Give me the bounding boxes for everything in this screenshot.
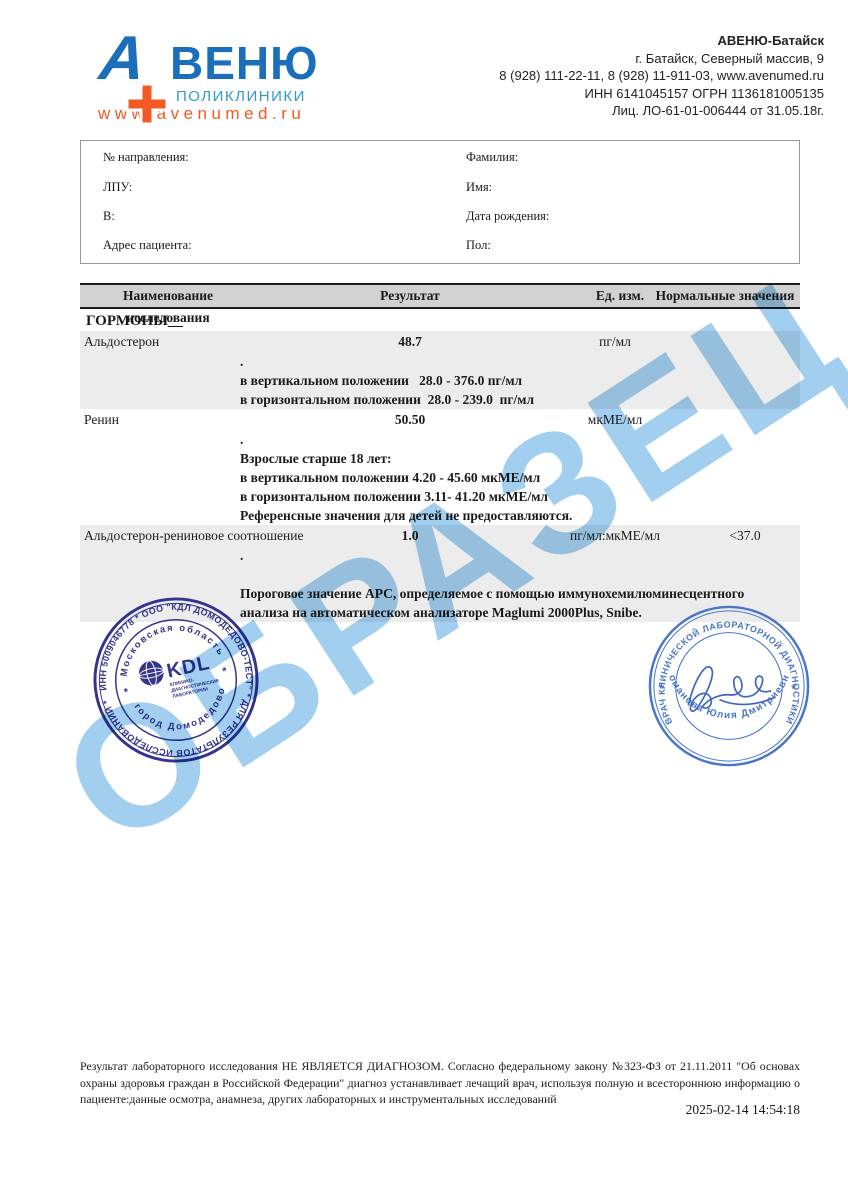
field-direction-number: № направления:: [103, 150, 189, 165]
svg-text:ВРАЧ КЛИНИЧЕСКОЙ ЛАБОРАТОРНОЙ: ВРАЧ КЛИНИЧЕСКОЙ ЛАБОРАТОРНОЙ ДИАГНОСТИК…: [657, 619, 802, 726]
kdl-asterisk-right: *: [222, 665, 229, 678]
clinic-phones: 8 (928) 111-22-11, 8 (928) 11-911-03, ww…: [384, 67, 824, 85]
lab-report-page: А ВЕНЮ ПОЛИКЛИНИКИ www.avenumed.ru АВЕНЮ…: [0, 0, 848, 1200]
reference-note: в вертикальном положении 4.20 - 45.60 мк…: [80, 468, 800, 487]
patient-info-box: № направления: ЛПУ: В: Адрес пациента: Ф…: [80, 140, 800, 264]
field-v: В:: [103, 209, 115, 224]
test-block-aldosterone: Альдостерон 48.7 пг/мл . в вертикальном …: [80, 331, 800, 409]
field-patient-address: Адрес пациента:: [103, 238, 192, 253]
kdl-asterisk-left: *: [123, 686, 130, 699]
report-timestamp: 2025-02-14 14:54:18: [686, 1102, 800, 1118]
reference-note: [80, 565, 800, 584]
reference-note: в горизонтальном положении 3.11- 41.20 м…: [80, 487, 800, 506]
clinic-info: АВЕНЮ-Батайск г. Батайск, Северный масси…: [384, 32, 824, 120]
doctor-asterisk-right: *: [791, 681, 796, 696]
reference-note: .: [80, 546, 800, 565]
table-row: Альдостерон-рениновое соотношение 1.0 пг…: [80, 525, 800, 546]
clinic-address: г. Батайск, Северный массив, 9: [384, 50, 824, 68]
logo-wordmark: ВЕНЮ: [170, 40, 319, 86]
test-unit: пг/мл: [540, 331, 690, 352]
logo-subtitle: ПОЛИКЛИНИКИ: [176, 88, 306, 105]
test-block-renin: Ренин 50.50 мкМЕ/мл . Взрослые старше 18…: [80, 409, 800, 525]
kdl-lab-stamp: ИНН 5009046778 * ООО "КДЛ ДОМОДЕДОВО-ТЕС…: [76, 580, 275, 779]
doctor-asterisk-left: *: [659, 681, 664, 696]
reference-note: .: [80, 430, 800, 449]
clinic-inn-ogrn: ИНН 6141045157 ОГРН 1136181005135: [384, 85, 824, 103]
test-result: 1.0: [330, 525, 490, 546]
results-table: Наименование исследования Результат Ед. …: [80, 283, 800, 622]
footer-disclaimer: Результат лабораторного исследования НЕ …: [80, 1058, 800, 1108]
field-firstname: Имя:: [466, 180, 492, 195]
test-unit: пг/мл:мкМЕ/мл: [540, 525, 690, 546]
test-result: 48.7: [330, 331, 490, 352]
field-surname: Фамилия:: [466, 150, 518, 165]
test-name: Альдостерон: [84, 331, 159, 352]
clinic-name: АВЕНЮ-Батайск: [384, 32, 824, 50]
clinic-license: Лиц. ЛО-61-01-006444 от 31.05.18г.: [384, 102, 824, 120]
test-result: 50.50: [330, 409, 490, 430]
field-sex: Пол:: [466, 238, 491, 253]
field-lpu: ЛПУ:: [103, 180, 132, 195]
table-row: Альдостерон 48.7 пг/мл: [80, 331, 800, 352]
plus-cross-icon: [125, 82, 169, 126]
doctor-stamp: ВРАЧ КЛИНИЧЕСКОЙ ЛАБОРАТОРНОЙ ДИАГНОСТИК…: [645, 602, 813, 770]
clinic-logo: А ВЕНЮ ПОЛИКЛИНИКИ www.avenumed.ru: [98, 26, 328, 126]
reference-note: Референсные значения для детей не предос…: [80, 506, 800, 525]
test-normal: <37.0: [690, 525, 800, 546]
doctor-title-text: ВРАЧ КЛИНИЧЕСКОЙ ЛАБОРАТОРНОЙ ДИАГНОСТИК…: [657, 619, 802, 726]
reference-note: Взрослые старше 18 лет:: [80, 449, 800, 468]
kdl-logo-text: KDL: [165, 652, 212, 683]
logo-letter-a: А: [97, 28, 148, 90]
col-header-normal: Нормальные значения: [650, 285, 800, 307]
col-header-result: Результат: [330, 285, 490, 307]
table-row: Ренин 50.50 мкМЕ/мл: [80, 409, 800, 430]
reference-note: .: [80, 352, 800, 371]
test-name: Альдостерон-рениновое соотношение: [84, 525, 303, 546]
reference-note: в горизонтальном положении 28.0 - 239.0 …: [80, 390, 800, 409]
table-header-row: Наименование исследования Результат Ед. …: [80, 283, 800, 309]
field-birthdate: Дата рождения:: [466, 209, 549, 224]
reference-note: в вертикальном положении 28.0 - 376.0 пг…: [80, 371, 800, 390]
col-header-name: Наименование исследования: [80, 285, 256, 329]
kdl-globe-icon: [137, 658, 166, 687]
test-unit: мкМЕ/мл: [540, 409, 690, 430]
test-name: Ренин: [84, 409, 119, 430]
